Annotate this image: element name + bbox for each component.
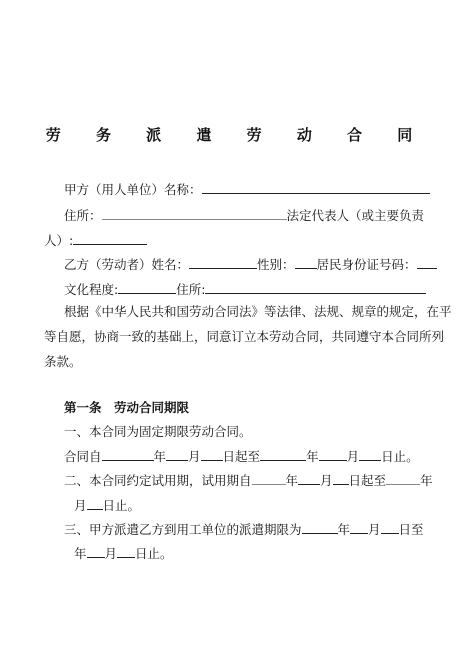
- dispatch-term-row: 三、甲方派遣乙方到用工单位的派遣期限为年月日至: [64, 521, 424, 538]
- year-label: 年: [154, 449, 167, 464]
- party-a-name-row: 甲方（用人单位）名称：: [64, 181, 430, 198]
- legal-rep-label: 法定代表人（或主要负责: [287, 208, 425, 223]
- party-a-name-field[interactable]: [202, 181, 430, 194]
- dispatch-term-row-cont: 年月日止。: [74, 545, 173, 562]
- term-end-month-field[interactable]: [319, 448, 347, 461]
- preamble-line-3: 条款。: [44, 354, 82, 370]
- dispatch-term-label: 三、甲方派遣乙方到用工单位的派遣期限为: [64, 522, 302, 537]
- preamble-line-2: 等自愿，协商一致的基础上，同意订立本劳动合同，共同遵守本合同所列: [44, 329, 444, 345]
- legal-rep-row: 人）:: [44, 232, 147, 249]
- dispatch-start-day-field[interactable]: [381, 521, 399, 534]
- party-a-address-field[interactable]: [102, 207, 287, 220]
- year-label: 年: [74, 546, 87, 561]
- party-b-name-field[interactable]: [189, 256, 257, 269]
- term-start-day-field[interactable]: [201, 448, 223, 461]
- probation-end-day-field[interactable]: [87, 497, 103, 510]
- legal-rep-field[interactable]: [73, 232, 147, 245]
- month-label: 月: [320, 473, 333, 488]
- year-label: 年: [306, 449, 319, 464]
- party-a-name-label: 甲方（用人单位）名称：: [64, 182, 202, 197]
- term-end-day-field[interactable]: [359, 448, 381, 461]
- document-page: 劳 务 派 遣 劳 动 合 同 甲方（用人单位）名称： 住所：法定代表人（或主要…: [0, 0, 463, 655]
- preamble-line-1: 根据《中华人民共和国劳动合同法》等法律、法规、规章的规定，在平: [64, 304, 452, 320]
- probation-start-month-field[interactable]: [298, 472, 320, 485]
- party-b-name-label: 乙方（劳动者）姓名：: [64, 257, 189, 272]
- article-1-clause-1: 一、本合同为固定期限劳动合同。: [64, 424, 252, 440]
- dispatch-end-month-field[interactable]: [87, 545, 105, 558]
- probation-start-year-field[interactable]: [252, 472, 286, 485]
- contract-term-row: 合同自年月日起至年月日止。: [64, 448, 419, 465]
- probation-label: 二、本合同约定试用期，试用期自: [64, 473, 252, 488]
- term-start-year-field[interactable]: [102, 448, 154, 461]
- gender-label: 性别：: [257, 257, 295, 272]
- day-from-label: 日起至: [223, 449, 261, 464]
- probation-row: 二、本合同约定试用期，试用期自年月日起至年: [64, 472, 433, 489]
- month-label: 月: [188, 449, 201, 464]
- day-to-label: 日止。: [103, 498, 141, 513]
- education-label: 文化程度:: [64, 282, 118, 297]
- year-label: 年: [338, 522, 351, 537]
- year-label: 年: [286, 473, 299, 488]
- probation-start-day-field[interactable]: [333, 472, 349, 485]
- probation-row-cont: 月日止。: [74, 497, 140, 514]
- party-b-education-row: 文化程度:住所:: [64, 281, 426, 298]
- month-label: 月: [347, 449, 360, 464]
- probation-end-year-field[interactable]: [386, 472, 420, 485]
- id-number-label: 居民身份证号码：: [317, 257, 417, 272]
- month-label: 月: [368, 522, 381, 537]
- term-end-year-field[interactable]: [260, 448, 306, 461]
- dispatch-end-day-field[interactable]: [117, 545, 135, 558]
- month-label: 月: [105, 546, 118, 561]
- year-label: 年: [420, 473, 433, 488]
- day-to-label: 日止。: [381, 449, 419, 464]
- party-b-address-label: 住所:: [176, 282, 205, 297]
- party-a-address-label: 住所：: [64, 208, 102, 223]
- legal-rep-label-cont: 人）:: [44, 233, 73, 248]
- day-end-label: 日止。: [135, 546, 173, 561]
- id-number-field[interactable]: [417, 256, 437, 269]
- party-a-address-row: 住所：法定代表人（或主要负责: [64, 207, 424, 224]
- education-field[interactable]: [118, 281, 176, 294]
- term-start-month-field[interactable]: [166, 448, 188, 461]
- article-1-heading: 第一条 劳动合同期限: [64, 400, 189, 416]
- gender-field[interactable]: [295, 256, 317, 269]
- term-start-label: 合同自: [64, 449, 102, 464]
- day-from-label: 日起至: [349, 473, 387, 488]
- month-label: 月: [74, 498, 87, 513]
- document-title: 劳 务 派 遣 劳 动 合 同: [0, 124, 463, 145]
- dispatch-start-month-field[interactable]: [350, 521, 368, 534]
- party-b-name-row: 乙方（劳动者）姓名：性别：居民身份证号码：: [64, 256, 437, 273]
- day-to-label: 日至: [399, 522, 424, 537]
- dispatch-start-year-field[interactable]: [302, 521, 338, 534]
- party-b-address-field[interactable]: [205, 281, 426, 294]
